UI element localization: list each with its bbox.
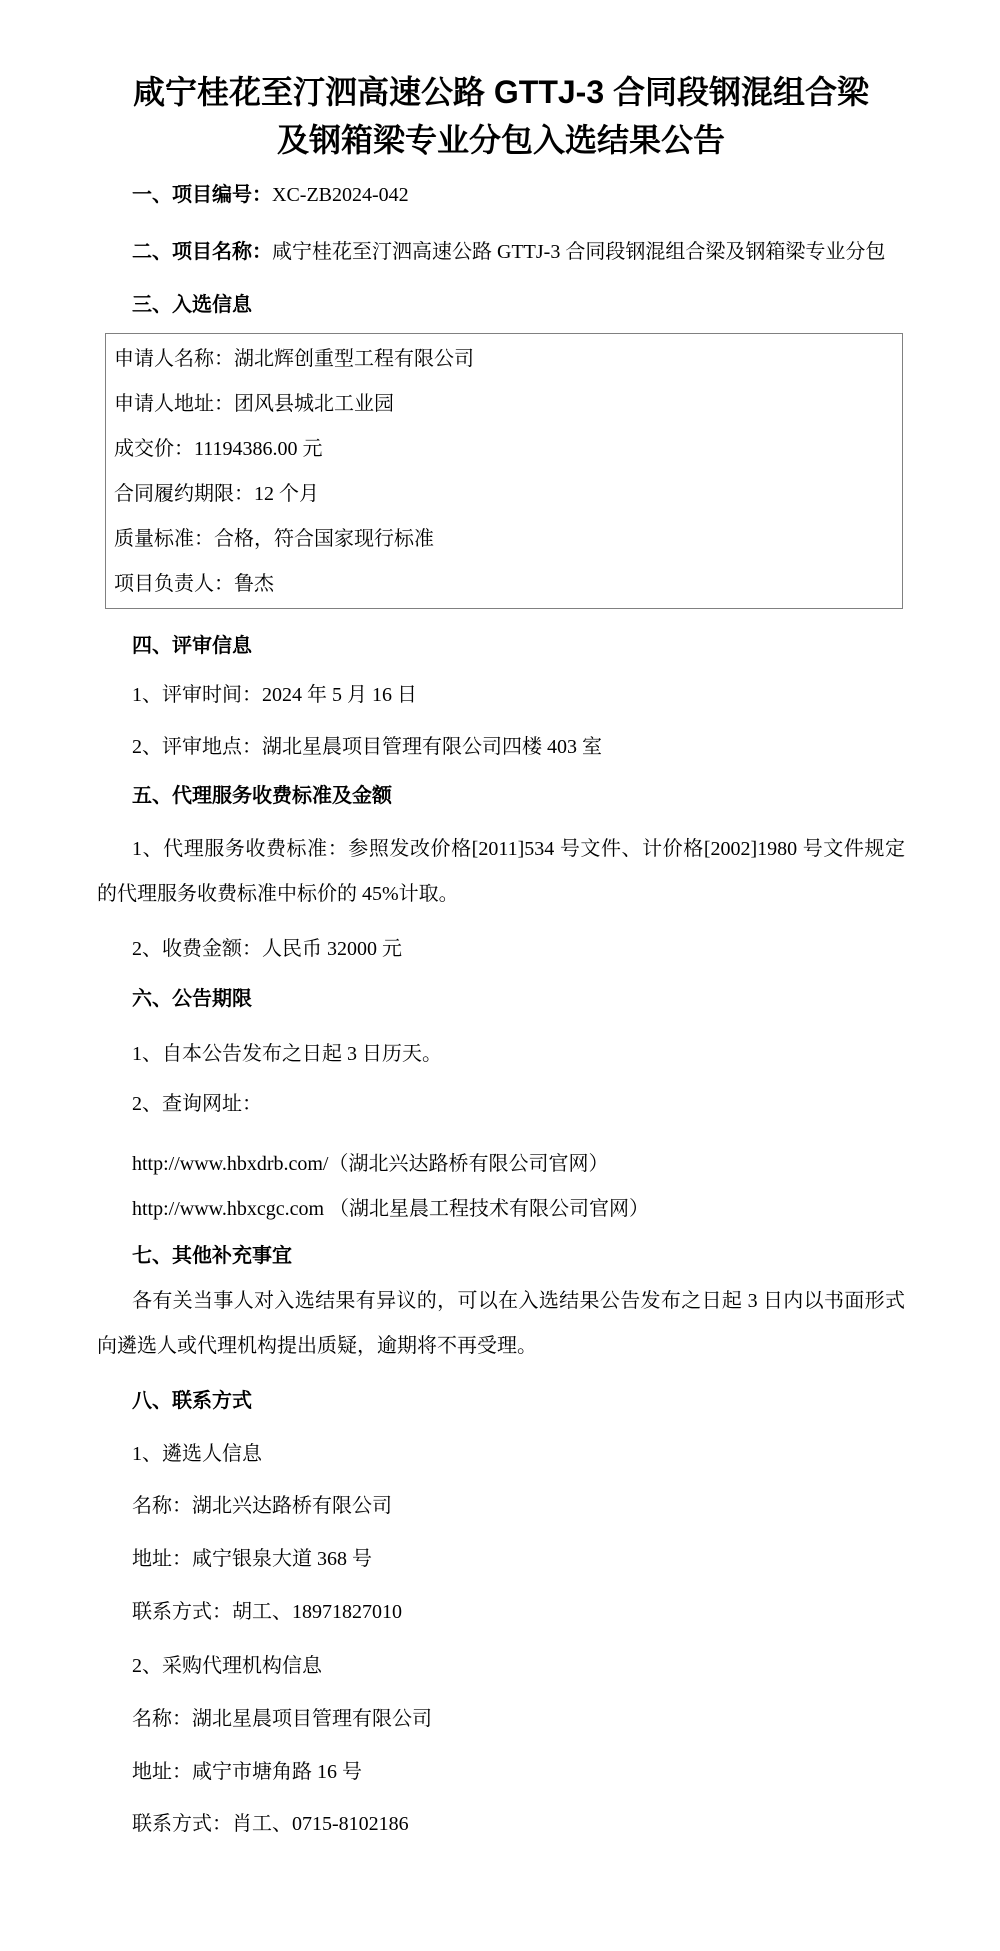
section-heading-announcement-period: 六、公告期限 — [97, 977, 905, 1022]
selector-name-line: 名称：湖北兴达路桥有限公司 — [97, 1484, 905, 1529]
page-title: 咸宁桂花至汀泗高速公路 GTTJ-3 合同段钢混组合梁 及钢箱梁专业分包入选结果… — [97, 68, 905, 164]
query-url-label-line: 2、查询网址： — [97, 1082, 905, 1127]
selector-contact-line: 联系方式：胡工、18971827010 — [97, 1590, 905, 1635]
agency-fee-amount-line: 2、收费金额：人民币 32000 元 — [97, 927, 905, 972]
review-time-line: 1、评审时间：2024 年 5 月 16 日 — [97, 673, 905, 718]
page-title-line-2: 及钢箱梁专业分包入选结果公告 — [97, 116, 905, 164]
project-number-line: 一、项目编号：XC-ZB2024-042 — [97, 173, 905, 218]
contract-duration-row: 合同履约期限：12 个月 — [114, 472, 892, 517]
agency-info-label: 2、采购代理机构信息 — [97, 1644, 905, 1689]
agency-contact-line: 联系方式：肖工、0715-8102186 — [97, 1802, 905, 1847]
project-name-line: 二、项目名称：咸宁桂花至汀泗高速公路 GTTJ-3 合同段钢混组合梁及钢箱梁专业… — [97, 230, 905, 275]
section-heading-review-info: 四、评审信息 — [97, 624, 905, 669]
agency-address-line: 地址：咸宁市塘角路 16 号 — [97, 1750, 905, 1795]
project-name-label: 二、项目名称： — [132, 241, 272, 263]
query-url-xingchen: http://www.hbxcgc.com （湖北星晨工程技术有限公司官网） — [97, 1187, 905, 1232]
selection-info-box: 申请人名称：湖北辉创重型工程有限公司 申请人地址：团风县城北工业园 成交价：11… — [105, 333, 903, 609]
section-heading-selection-info: 三、入选信息 — [97, 283, 905, 328]
applicant-name-row: 申请人名称：湖北辉创重型工程有限公司 — [114, 337, 892, 382]
section-heading-agency-fee: 五、代理服务收费标准及金额 — [97, 774, 905, 819]
agency-name-line: 名称：湖北星晨项目管理有限公司 — [97, 1697, 905, 1742]
query-url-xingda: http://www.hbxdrb.com/（湖北兴达路桥有限公司官网） — [97, 1142, 905, 1187]
applicant-address-row: 申请人地址：团风县城北工业园 — [114, 382, 892, 427]
project-number-label: 一、项目编号： — [132, 184, 272, 206]
project-name-value: 咸宁桂花至汀泗高速公路 GTTJ-3 合同段钢混组合梁及钢箱梁专业分包 — [272, 241, 885, 263]
deal-price-row: 成交价：11194386.00 元 — [114, 427, 892, 472]
page-title-line-1: 咸宁桂花至汀泗高速公路 GTTJ-3 合同段钢混组合梁 — [97, 68, 905, 116]
announcement-document: 咸宁桂花至汀泗高速公路 GTTJ-3 合同段钢混组合梁 及钢箱梁专业分包入选结果… — [0, 0, 1000, 1951]
announcement-duration-line: 1、自本公告发布之日起 3 日历天。 — [97, 1032, 905, 1077]
section-heading-contact-info: 八、联系方式 — [97, 1379, 905, 1424]
project-manager-row: 项目负责人：鲁杰 — [114, 562, 892, 607]
quality-standard-row: 质量标准：合格，符合国家现行标准 — [114, 517, 892, 562]
agency-fee-standard-line: 1、代理服务收费标准：参照发改价格[2011]534 号文件、计价格[2002]… — [97, 827, 905, 917]
selector-address-line: 地址：咸宁银泉大道 368 号 — [97, 1537, 905, 1582]
other-matters-paragraph: 各有关当事人对入选结果有异议的，可以在入选结果公告发布之日起 3 日内以书面形式… — [97, 1279, 905, 1369]
project-number-value: XC-ZB2024-042 — [272, 184, 409, 206]
section-heading-other-matters: 七、其他补充事宜 — [97, 1234, 905, 1279]
selector-info-label: 1、遴选人信息 — [97, 1432, 905, 1477]
review-place-line: 2、评审地点：湖北星晨项目管理有限公司四楼 403 室 — [97, 725, 905, 770]
